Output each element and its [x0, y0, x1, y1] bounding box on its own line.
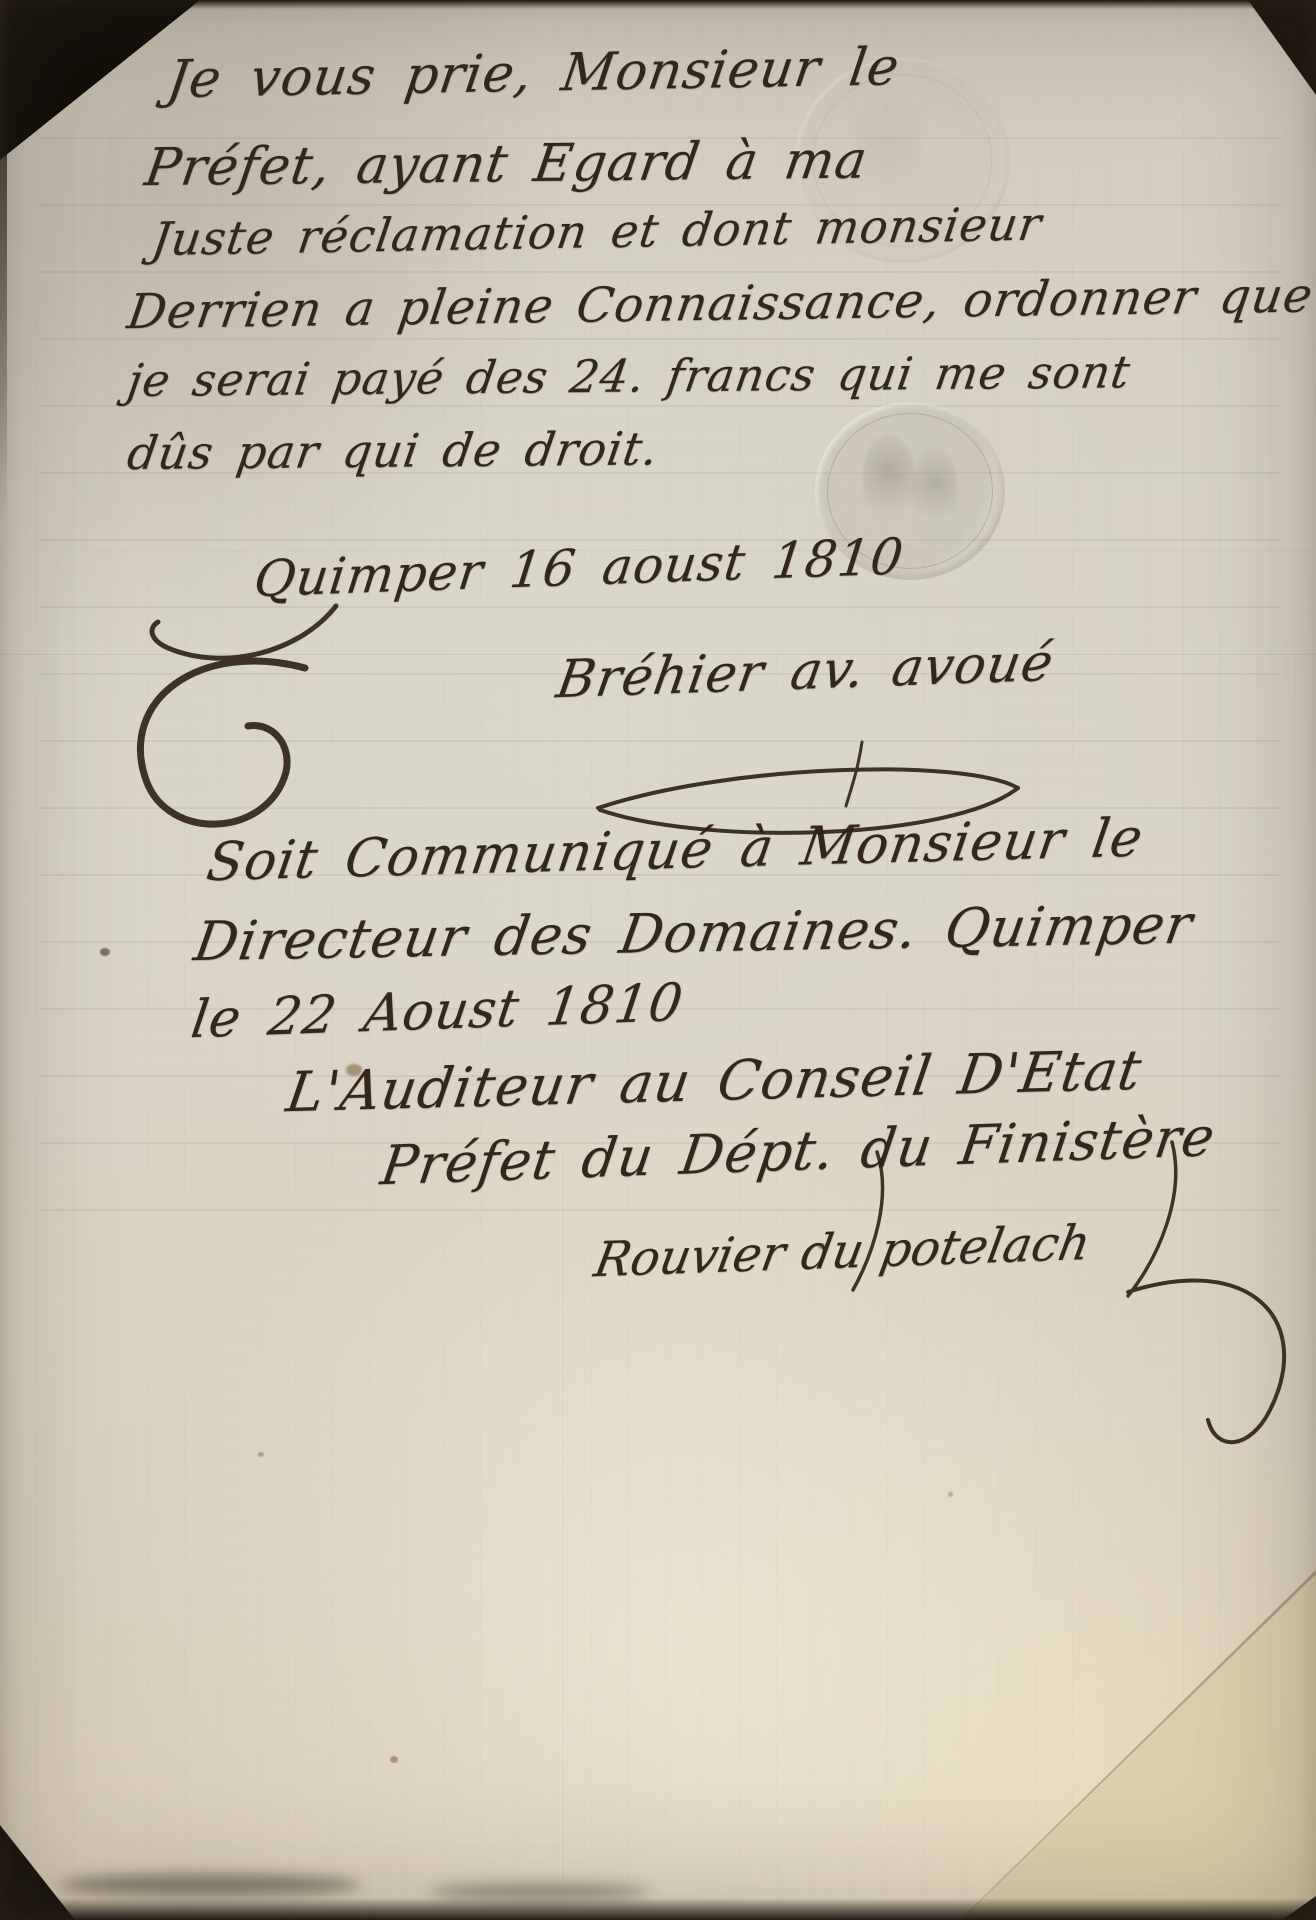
- foxing-spot: [948, 1492, 953, 1497]
- letter-line: Préfet, ayant Egard à ma: [141, 130, 871, 198]
- photo-edge-bottom: [0, 1898, 1316, 1920]
- seal-figure-relief: [913, 450, 957, 530]
- foxing-spot: [258, 1452, 264, 1457]
- foxing-spot: [390, 1756, 398, 1763]
- letter-line: je serai payé des 24. francs qui me sont: [124, 345, 1134, 407]
- photo-edge-left: [0, 0, 7, 520]
- paper-shadow: [60, 1874, 360, 1896]
- seal-figure-relief: [863, 436, 915, 528]
- manuscript-photo: Je vous prie, Monsieur le Préfet, ayant …: [0, 0, 1316, 1920]
- foxing-spot: [100, 948, 110, 956]
- letter-line: dûs par qui de droit.: [124, 421, 662, 480]
